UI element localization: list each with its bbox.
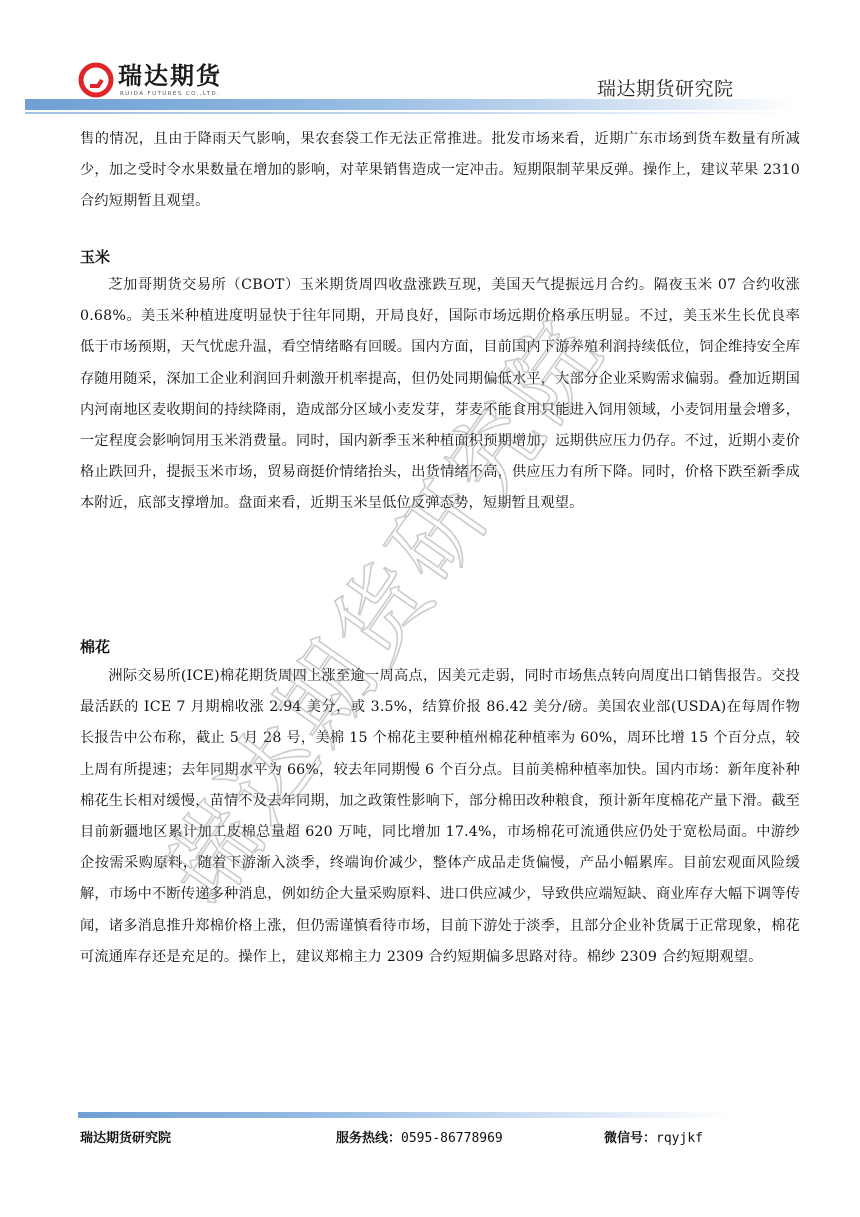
cotton-section: 洲际交易所(ICE)棉花期货周四上涨至逾一周高点，因美元走弱，同时市场焦点转向周… bbox=[80, 661, 800, 973]
footer-wechat: 微信号：rqyjkf bbox=[604, 1127, 703, 1146]
header-gradient-bar bbox=[25, 99, 795, 110]
cotton-section-heading: 棉花 bbox=[80, 637, 110, 657]
header-title: 瑞达期货研究院 bbox=[597, 74, 734, 101]
cotton-title: 棉花 bbox=[80, 637, 110, 657]
footer-org: 瑞达期货研究院 bbox=[80, 1127, 171, 1146]
logo-text: 瑞达期货 bbox=[118, 62, 222, 90]
ruida-logo-icon bbox=[78, 62, 114, 98]
wechat-label: 微信号： bbox=[604, 1131, 656, 1146]
footer-hotline: 服务热线：0595-86778969 bbox=[336, 1127, 503, 1146]
corn-paragraph: 芝加哥期货交易所（CBOT）玉米期货周四收盘涨跌互现，美国天气提振远月合约。隔夜… bbox=[80, 270, 800, 520]
corn-section: 芝加哥期货交易所（CBOT）玉米期货周四收盘涨跌互现，美国天气提振远月合约。隔夜… bbox=[80, 270, 800, 520]
hotline-label: 服务热线： bbox=[336, 1131, 401, 1146]
cotton-paragraph: 洲际交易所(ICE)棉花期货周四上涨至逾一周高点，因美元走弱，同时市场焦点转向周… bbox=[80, 661, 800, 973]
apple-paragraph: 售的情况，且由于降雨天气影响，果农套袋工作无法正常推进。批发市场来看，近期广东市… bbox=[80, 124, 800, 218]
hotline-value: 0595-86778969 bbox=[401, 1131, 503, 1146]
wechat-value: rqyjkf bbox=[656, 1131, 703, 1146]
page-header: 瑞达期货 RUIDA FUTURES CO.,LTD. 瑞达期货研究院 bbox=[0, 0, 860, 120]
apple-section-continued: 售的情况，且由于降雨天气影响，果农套袋工作无法正常推进。批发市场来看，近期广东市… bbox=[80, 124, 800, 218]
logo-subtext: RUIDA FUTURES CO.,LTD. bbox=[120, 91, 220, 97]
corn-title: 玉米 bbox=[80, 247, 110, 267]
company-logo: 瑞达期货 RUIDA FUTURES CO.,LTD. bbox=[78, 60, 248, 100]
footer-gradient-bar bbox=[78, 1112, 733, 1118]
header-divider bbox=[25, 112, 795, 114]
corn-section-heading: 玉米 bbox=[80, 247, 110, 267]
